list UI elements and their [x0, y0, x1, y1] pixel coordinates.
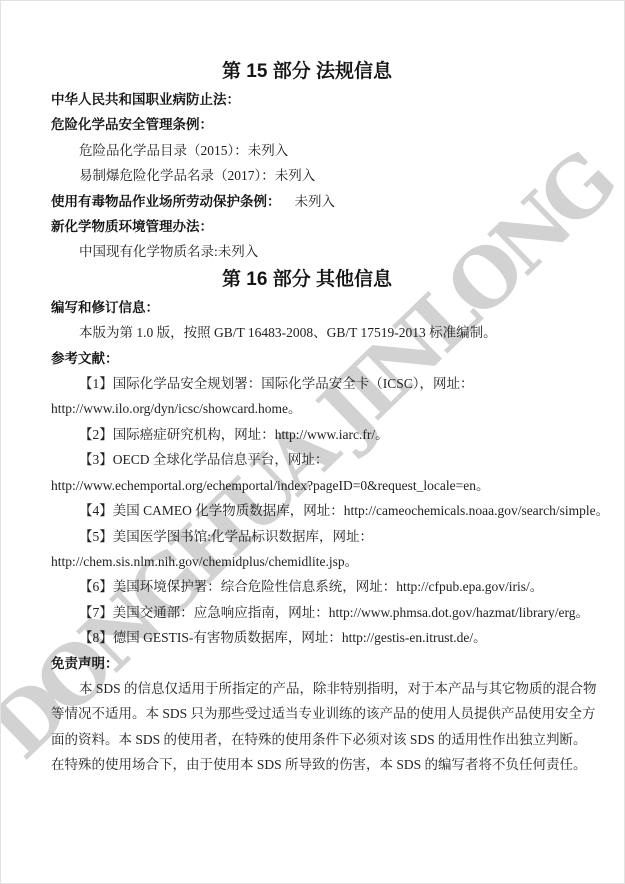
- reference-line-5: 【5】美国医学图书馆:化学品标识数据库，网址：: [51, 524, 563, 549]
- revision-info-body: 本版为第 1.0 版，按照 GB/T 16483-2008、GB/T 17519…: [51, 320, 563, 345]
- disclaimer-line-3: 面的资料。本 SDS 的使用者，在特殊的使用条件下必须对该 SDS 的适用性作出…: [51, 727, 563, 752]
- revision-info-heading: 编写和修订信息：: [51, 295, 563, 320]
- disclaimer-heading: 免责声明：: [51, 651, 563, 676]
- toxic-workplace-regulation-line: 使用有毒物品作业场所劳动保护条例：未列入: [51, 189, 563, 214]
- document-content: 第 15 部分 法规信息 中华人民共和国职业病防止法： 危险化学品安全管理条例：…: [51, 57, 563, 778]
- new-chemical-measures-heading: 新化学物质环境管理办法：: [51, 214, 563, 239]
- toxic-workplace-regulation-heading: 使用有毒物品作业场所劳动保护条例：: [51, 194, 281, 209]
- reference-line-7: 【7】美国交通部：应急响应指南，网址：http://www.phmsa.dot.…: [51, 600, 563, 625]
- reference-line-1: 【1】国际化学品安全规划署：国际化学品安全卡（ICSC），网址：: [51, 371, 563, 396]
- reference-url-chemidplus: http://chem.sis.nlm.nih.gov/chemidplus/c…: [51, 549, 563, 574]
- hazchem-regulation-heading: 危险化学品安全管理条例：: [51, 112, 563, 137]
- hazchem-catalog-2015-line: 危险品化学品目录（2015）：未列入: [51, 138, 563, 163]
- reference-line-4: 【4】美国 CAMEO 化学物质数据库，网址：http://cameochemi…: [51, 498, 563, 523]
- reference-line-3: 【3】OECD 全球化学品信息平台，网址：: [51, 447, 563, 472]
- toxic-workplace-regulation-value: 未列入: [295, 194, 336, 209]
- section-16-title: 第 16 部分 其他信息: [51, 265, 563, 295]
- existing-chemicals-inventory-value: 未列入: [218, 244, 259, 259]
- existing-chemicals-inventory-line: 中国现有化学物质名录:未列入: [51, 239, 563, 264]
- disclaimer-line-2: 等情况不适用。本 SDS 只为那些受过适当专业训练的该产品的使用人员提供产品使用…: [51, 701, 563, 726]
- reference-url-echemportal: http://www.echemportal.org/echemportal/i…: [51, 473, 563, 498]
- occupational-disease-law-heading: 中华人民共和国职业病防止法：: [51, 87, 563, 112]
- existing-chemicals-inventory-label: 中国现有化学物质名录:: [79, 244, 218, 259]
- disclaimer-line-1: 本 SDS 的信息仅适用于所指定的产品，除非特别指明，对于本产品与其它物质的混合…: [51, 676, 563, 701]
- reference-line-8: 【8】德国 GESTIS-有害物质数据库，网址：http://gestis-en…: [51, 625, 563, 650]
- reference-line-2: 【2】国际癌症研究机构，网址：http://www.iarc.fr/。: [51, 422, 563, 447]
- reference-line-6: 【6】美国环境保护署：综合危险性信息系统，网址：http://cfpub.epa…: [51, 574, 563, 599]
- section-15-title: 第 15 部分 法规信息: [51, 57, 563, 87]
- explosive-precursor-catalog-2017-line: 易制爆危险化学品名录（2017）：未列入: [51, 163, 563, 188]
- disclaimer-line-4: 在特殊的使用场合下，由于使用本 SDS 所导致的伤害，本 SDS 的编写者将不负…: [51, 752, 563, 777]
- reference-url-ilo: http://www.ilo.org/dyn/icsc/showcard.hom…: [51, 396, 563, 421]
- references-heading: 参考文献：: [51, 346, 563, 371]
- document-page: DONGHUA JINLONG 第 15 部分 法规信息 中华人民共和国职业病防…: [0, 0, 625, 884]
